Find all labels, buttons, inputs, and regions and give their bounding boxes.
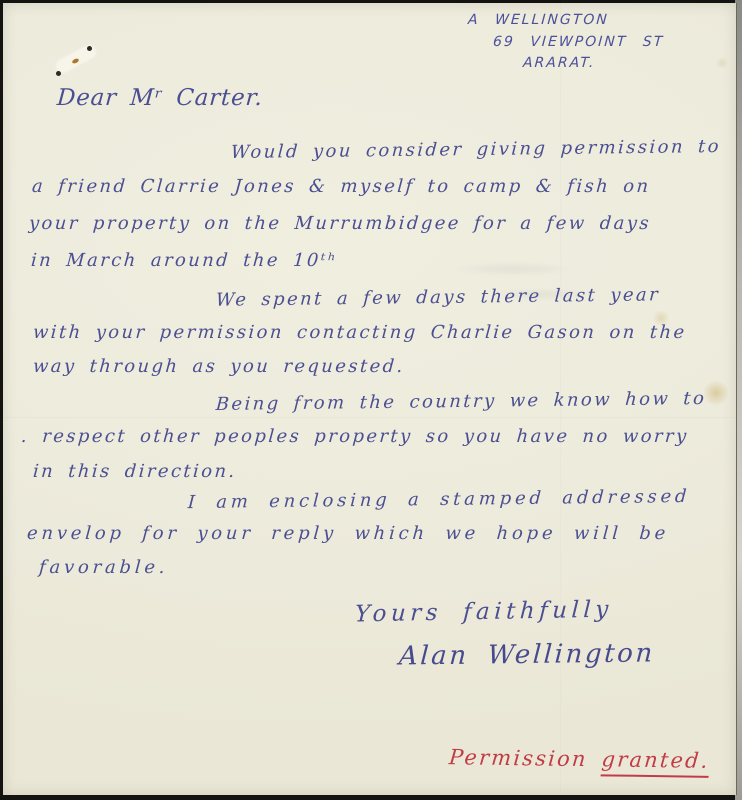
annotation-word-permission: Permission bbox=[448, 745, 589, 771]
staple-hole bbox=[87, 46, 92, 51]
foxing-stain bbox=[715, 58, 729, 68]
staple-hole bbox=[56, 71, 61, 76]
scanned-letter: A WELLINGTON 69 VIEWPOINT ST ARARAT. Dea… bbox=[0, 0, 742, 800]
body-line: Would you consider giving permission to bbox=[230, 136, 721, 163]
body-line: in March around the 10ᵗʰ bbox=[30, 250, 338, 271]
foxing-stain bbox=[703, 381, 729, 405]
body-line: I am enclosing a stamped addressed bbox=[187, 486, 691, 513]
body-line: favorable. bbox=[38, 557, 169, 578]
salutation: Dear Mʳ Carter. bbox=[56, 85, 264, 111]
body-line: envelop for your reply which we hope wil… bbox=[26, 523, 670, 544]
body-line: Being from the country we know how to bbox=[215, 388, 707, 415]
scanner-backing-strip bbox=[735, 0, 742, 800]
sender-address-line2: 69 VIEWPOINT ST bbox=[492, 34, 664, 50]
body-line: in this direction. bbox=[32, 461, 237, 482]
sender-address-line1: A WELLINGTON bbox=[467, 12, 609, 28]
annotation-permission-granted: Permissiongranted. bbox=[448, 745, 711, 773]
body-line: . respect other peoples property so you … bbox=[20, 426, 689, 447]
closing: Yours faithfully bbox=[354, 597, 613, 628]
body-line: way through as you requested. bbox=[32, 356, 405, 377]
signature: Alan Wellington bbox=[398, 638, 656, 671]
sender-address-line3: ARARAT. bbox=[522, 55, 596, 71]
body-line: your property on the Murrumbidgee for a … bbox=[28, 213, 651, 234]
annotation-word-granted: granted. bbox=[600, 747, 710, 778]
body-line: with your permission contacting Charlie … bbox=[32, 322, 687, 343]
body-line: a friend Clarrie Jones & myself to camp … bbox=[31, 176, 651, 197]
fold-crease-horizontal bbox=[3, 417, 736, 419]
letter-paper: A WELLINGTON 69 VIEWPOINT ST ARARAT. Dea… bbox=[3, 3, 736, 795]
